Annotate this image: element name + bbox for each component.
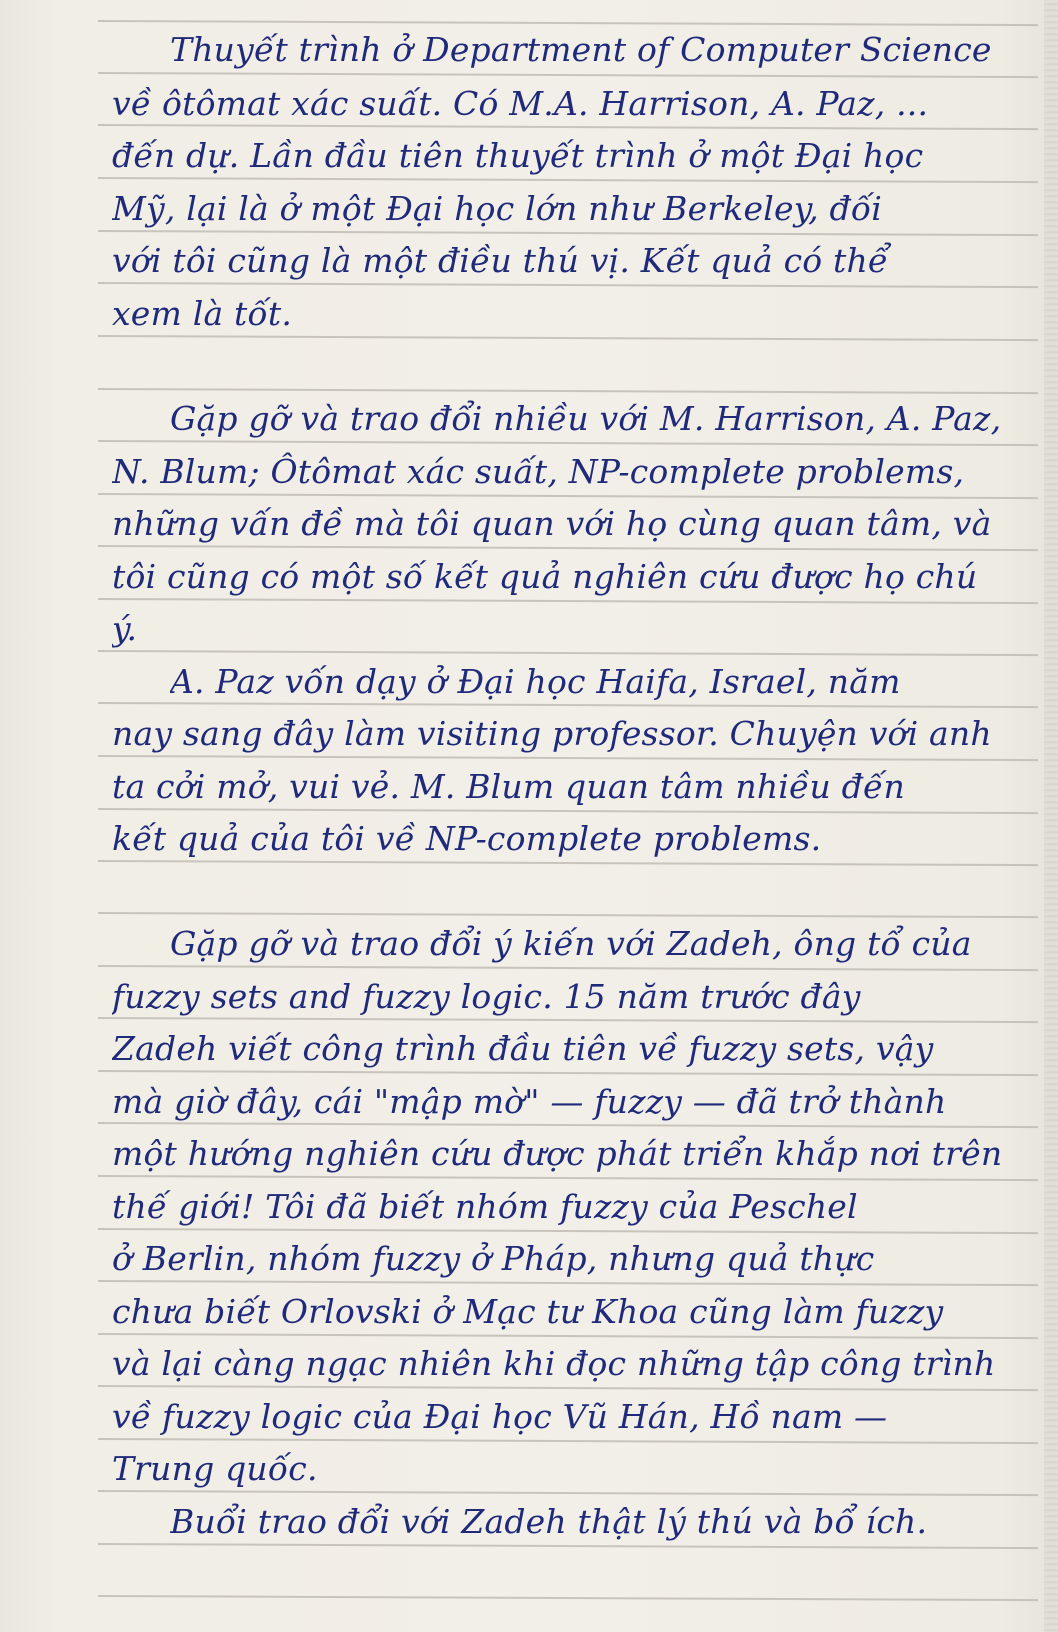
ruled-line (98, 912, 1038, 918)
paragraph-2-line-5: ý. (112, 609, 1032, 649)
ruled-line (98, 1228, 1038, 1234)
paragraph-1-line-5: với tôi cũng là một điều thú vị. Kết quả… (112, 241, 1032, 281)
ruled-line (98, 808, 1038, 814)
ruled-line (98, 282, 1038, 288)
paragraph-1-line-6: xem là tốt. (112, 294, 1032, 334)
paragraph-1-line-3: đến dự. Lần đầu tiên thuyết trình ở một … (112, 136, 1032, 176)
paragraph-4-line-11: Trung quốc. (112, 1449, 1032, 1489)
ruled-line (98, 1385, 1038, 1391)
paragraph-4-line-5: một hướng nghiên cứu được phát triển khắ… (112, 1134, 1032, 1174)
ruled-line (98, 72, 1038, 78)
ruled-line (98, 1122, 1038, 1128)
paragraph-4-line-7: ở Berlin, nhóm fuzzy ở Pháp, nhưng quả t… (112, 1239, 1032, 1279)
ruled-line (98, 177, 1038, 183)
ruled-line (98, 20, 1038, 26)
ruled-line (98, 545, 1038, 551)
paragraph-2-line-3: những vấn đề mà tôi quan với họ cùng qua… (112, 504, 1032, 544)
ruled-line (98, 388, 1038, 394)
ruled-line (98, 1070, 1038, 1076)
ruled-line (98, 1175, 1038, 1181)
ruled-line (98, 335, 1038, 341)
paragraph-1-line-1: Thuyết trình ở Department of Computer Sc… (170, 30, 1030, 70)
paragraph-4-line-10: về fuzzy logic của Đại học Vũ Hán, Hồ na… (112, 1397, 1032, 1437)
ruled-line (98, 1490, 1038, 1496)
paragraph-4-line-6: thế giới! Tôi đã biết nhóm fuzzy của Pes… (112, 1187, 1032, 1227)
ruled-line (98, 1595, 1038, 1601)
ruled-line (98, 440, 1038, 446)
paragraph-3-line-3: ta cởi mở, vui vẻ. M. Blum quan tâm nhiề… (112, 767, 1032, 807)
page-edge (1044, 0, 1058, 1632)
paragraph-2-line-4: tôi cũng có một số kết quả nghiên cứu đư… (112, 557, 1032, 597)
ruled-line (98, 755, 1038, 761)
paragraph-2-line-1: Gặp gỡ và trao đổi nhiều với M. Harrison… (170, 399, 1030, 439)
ruled-line (98, 965, 1038, 971)
ruled-line (98, 124, 1038, 130)
paragraph-1-line-4: Mỹ, lại là ở một Đại học lớn như Berkele… (112, 189, 1032, 229)
paragraph-4-line-4: mà giờ đây, cái "mập mờ" — fuzzy — đã tr… (112, 1082, 1032, 1122)
ruled-line (98, 230, 1038, 236)
paragraph-3-line-4: kết quả của tôi về NP-complete problems. (112, 819, 1032, 859)
ruled-line (98, 1280, 1038, 1286)
ruled-line (98, 650, 1038, 656)
paragraph-3-line-2: nay sang đây làm visiting professor. Chu… (112, 714, 1032, 754)
ruled-line (98, 860, 1038, 866)
ruled-line (98, 1438, 1038, 1444)
ruled-line (98, 1017, 1038, 1023)
paragraph-4-line-2: fuzzy sets and fuzzy logic. 15 năm trước… (112, 977, 1032, 1017)
paragraph-4-line-9: và lại càng ngạc nhiên khi đọc những tập… (112, 1344, 1032, 1384)
paragraph-3-line-1: A. Paz vốn dạy ở Đại học Haifa, Israel, … (170, 662, 1030, 702)
ruled-line (98, 598, 1038, 604)
ruled-line (98, 702, 1038, 708)
paragraph-5-line-1: Buổi trao đổi với Zadeh thật lý thú và b… (170, 1502, 1030, 1542)
notebook-page: Thuyết trình ở Department of Computer Sc… (0, 0, 1058, 1632)
paragraph-4-line-1: Gặp gỡ và trao đổi ý kiến với Zadeh, ông… (170, 924, 1030, 964)
paragraph-1-line-2: về ôtômat xác suất. Có M.A. Harrison, A.… (112, 84, 1032, 124)
paragraph-4-line-8: chưa biết Orlovski ở Mạc tư Khoa cũng là… (112, 1292, 1032, 1332)
ruled-line (98, 1333, 1038, 1339)
paragraph-2-line-2: N. Blum; Ôtômat xác suất, NP-complete pr… (112, 452, 1032, 492)
ruled-line (98, 1543, 1038, 1549)
paragraph-4-line-3: Zadeh viết công trình đầu tiên về fuzzy … (112, 1029, 1032, 1069)
ruled-line (98, 493, 1038, 499)
